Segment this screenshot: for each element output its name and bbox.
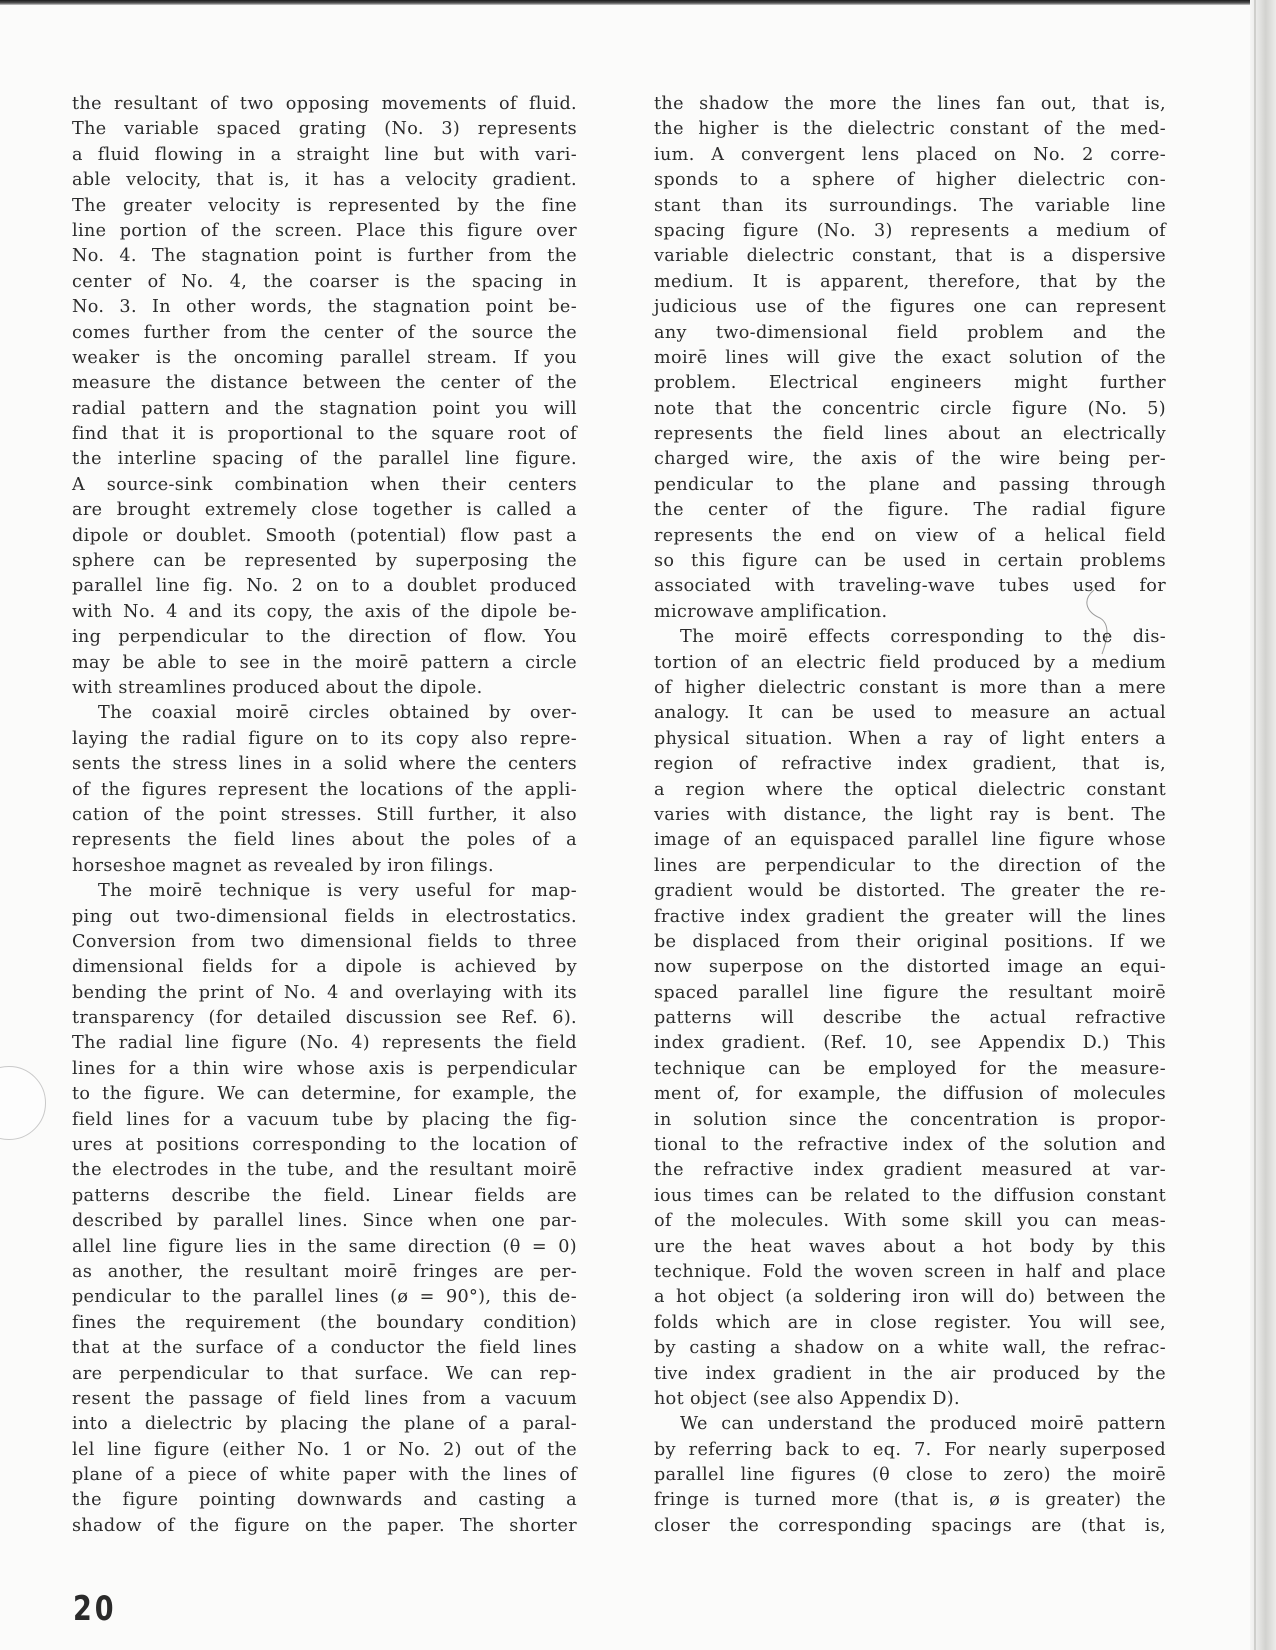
text-line: represents the field lines about the pol… xyxy=(72,828,577,853)
text-line: Conversion from two dimensional fields t… xyxy=(72,930,577,955)
text-line: patterns will describe the actual refrac… xyxy=(654,1006,1166,1031)
text-line: patterns describe the field. Linear fiel… xyxy=(72,1184,577,1209)
text-line: ium. A convergent lens placed on No. 2 c… xyxy=(654,143,1166,168)
text-line: cation of the point stresses. Still furt… xyxy=(72,803,577,828)
text-line: tional to the refractive index of the so… xyxy=(654,1133,1166,1158)
text-line: tortion of an electric field produced by… xyxy=(654,651,1166,676)
text-line: technique can be employed for the measur… xyxy=(654,1057,1166,1082)
text-line: ure the heat waves about a hot body by t… xyxy=(654,1235,1166,1260)
text-line: The greater velocity is represented by t… xyxy=(72,194,577,219)
text-line: pendicular to the parallel lines (ø = 90… xyxy=(72,1285,577,1310)
text-line: tive index gradient in the air produced … xyxy=(654,1362,1166,1387)
text-line: the higher is the dielectric constant of… xyxy=(654,117,1166,142)
text-line: a fluid flowing in a straight line but w… xyxy=(72,143,577,168)
text-line: be displaced from their original positio… xyxy=(654,930,1166,955)
text-line: fines the requirement (the boundary cond… xyxy=(72,1311,577,1336)
text-line: fringe is turned more (that is, ø is gre… xyxy=(654,1488,1166,1513)
text-line: horseshoe magnet as revealed by iron fil… xyxy=(72,854,577,879)
text-line: shadow of the figure on the paper. The s… xyxy=(72,1514,577,1539)
text-line: of higher dielectric constant is more th… xyxy=(654,676,1166,701)
text-line: of the figures represent the locations o… xyxy=(72,778,577,803)
text-line: so this figure can be used in certain pr… xyxy=(654,549,1166,574)
text-line: plane of a piece of white paper with the… xyxy=(72,1463,577,1488)
scan-top-edge xyxy=(0,0,1276,5)
text-line: The moirē technique is very useful for m… xyxy=(72,879,577,904)
text-line: ious times can be related to the diffusi… xyxy=(654,1184,1166,1209)
punch-hole xyxy=(0,1066,46,1140)
left-text-column: the resultant of two opposing movements … xyxy=(72,92,577,1539)
text-line: with No. 4 and its copy, the axis of the… xyxy=(72,600,577,625)
text-line: The moirē effects corresponding to the d… xyxy=(654,625,1166,650)
text-line: the electrodes in the tube, and the resu… xyxy=(72,1158,577,1183)
text-line: index gradient. (Ref. 10, see Appendix D… xyxy=(654,1031,1166,1056)
text-line: now superpose on the distorted image an … xyxy=(654,955,1166,980)
text-line: in solution since the concentration is p… xyxy=(654,1108,1166,1133)
text-line: We can understand the produced moirē pat… xyxy=(654,1412,1166,1437)
text-line: sphere can be represented by superposing… xyxy=(72,549,577,574)
text-line: stant than its surroundings. The variabl… xyxy=(654,194,1166,219)
text-line: a hot object (a soldering iron will do) … xyxy=(654,1285,1166,1310)
page-number: 20 xyxy=(73,1590,117,1629)
text-line: problem. Electrical engineers might furt… xyxy=(654,371,1166,396)
text-line: medium. It is apparent, therefore, that … xyxy=(654,270,1166,295)
text-line: may be able to see in the moirē pattern … xyxy=(72,651,577,676)
text-line: fractive index gradient the greater will… xyxy=(654,905,1166,930)
text-line: dipole or doublet. Smooth (potential) fl… xyxy=(72,524,577,549)
text-line: dimensional fields for a dipole is achie… xyxy=(72,955,577,980)
text-line: No. 3. In other words, the stagnation po… xyxy=(72,295,577,320)
text-line: lines for a thin wire whose axis is perp… xyxy=(72,1057,577,1082)
text-line: ing perpendicular to the direction of fl… xyxy=(72,625,577,650)
text-line: bending the print of No. 4 and overlayin… xyxy=(72,981,577,1006)
text-line: spacing figure (No. 3) represents a medi… xyxy=(654,219,1166,244)
text-line: ping out two-dimensional fields in elect… xyxy=(72,905,577,930)
text-line: the interline spacing of the parallel li… xyxy=(72,447,577,472)
text-line: closer the corresponding spacings are (t… xyxy=(654,1514,1166,1539)
text-line: of the molecules. With some skill you ca… xyxy=(654,1209,1166,1234)
text-line: A source-sink combination when their cen… xyxy=(72,473,577,498)
text-line: are perpendicular to that surface. We ca… xyxy=(72,1362,577,1387)
text-line: lines are perpendicular to the direction… xyxy=(654,854,1166,879)
text-line: analogy. It can be used to measure an ac… xyxy=(654,701,1166,726)
text-line: described by parallel lines. Since when … xyxy=(72,1209,577,1234)
text-line: sents the stress lines in a solid where … xyxy=(72,752,577,777)
text-line: ment of, for example, the diffusion of m… xyxy=(654,1082,1166,1107)
text-line: weaker is the oncoming parallel stream. … xyxy=(72,346,577,371)
text-line: image of an equispaced parallel line fig… xyxy=(654,828,1166,853)
text-line: variable dielectric constant, that is a … xyxy=(654,244,1166,269)
text-line: a region where the optical dielectric co… xyxy=(654,778,1166,803)
text-line: center of No. 4, the coarser is the spac… xyxy=(72,270,577,295)
text-line: laying the radial figure on to its copy … xyxy=(72,727,577,752)
text-line: are brought extremely close together is … xyxy=(72,498,577,523)
text-line: The radial line figure (No. 4) represent… xyxy=(72,1031,577,1056)
text-line: gradient would be distorted. The greater… xyxy=(654,879,1166,904)
text-line: find that it is proportional to the squa… xyxy=(72,422,577,447)
page-fold-line xyxy=(1254,0,1256,1650)
text-line: the resultant of two opposing movements … xyxy=(72,92,577,117)
text-line: radial pattern and the stagnation point … xyxy=(72,397,577,422)
text-line: represents the end on view of a helical … xyxy=(654,524,1166,549)
text-line: The coaxial moirē circles obtained by ov… xyxy=(72,701,577,726)
text-line: allel line figure lies in the same direc… xyxy=(72,1235,577,1260)
text-line: associated with traveling-wave tubes use… xyxy=(654,574,1166,599)
text-line: comes further from the center of the sou… xyxy=(72,321,577,346)
text-line: the center of the figure. The radial fig… xyxy=(654,498,1166,523)
text-line: judicious use of the figures one can rep… xyxy=(654,295,1166,320)
text-line: spaced parallel line figure the resultan… xyxy=(654,981,1166,1006)
text-line: to the figure. We can determine, for exa… xyxy=(72,1082,577,1107)
text-line: moirē lines will give the exact solution… xyxy=(654,346,1166,371)
text-line: the shadow the more the lines fan out, t… xyxy=(654,92,1166,117)
text-line: charged wire, the axis of the wire being… xyxy=(654,447,1166,472)
text-line: field lines for a vacuum tube by placing… xyxy=(72,1108,577,1133)
text-line: any two-dimensional field problem and th… xyxy=(654,321,1166,346)
text-line: microwave amplification. xyxy=(654,600,1166,625)
text-line: parallel line figures (θ close to zero) … xyxy=(654,1463,1166,1488)
text-line: into a dielectric by placing the plane o… xyxy=(72,1412,577,1437)
text-line: varies with distance, the light ray is b… xyxy=(654,803,1166,828)
text-line: measure the distance between the center … xyxy=(72,371,577,396)
text-line: note that the concentric circle figure (… xyxy=(654,397,1166,422)
text-line: with streamlines produced about the dipo… xyxy=(72,676,577,701)
text-line: that at the surface of a conductor the f… xyxy=(72,1336,577,1361)
text-line: able velocity, that is, it has a velocit… xyxy=(72,168,577,193)
text-line: line portion of the screen. Place this f… xyxy=(72,219,577,244)
text-line: physical situation. When a ray of light … xyxy=(654,727,1166,752)
right-text-column: the shadow the more the lines fan out, t… xyxy=(654,92,1166,1539)
text-line: resent the passage of field lines from a… xyxy=(72,1387,577,1412)
text-line: as another, the resultant moirē fringes … xyxy=(72,1260,577,1285)
text-line: The variable spaced grating (No. 3) repr… xyxy=(72,117,577,142)
text-line: sponds to a sphere of higher dielectric … xyxy=(654,168,1166,193)
text-line: the refractive index gradient measured a… xyxy=(654,1158,1166,1183)
text-line: by referring back to eq. 7. For nearly s… xyxy=(654,1438,1166,1463)
text-line: represents the field lines about an elec… xyxy=(654,422,1166,447)
text-line: region of refractive index gradient, tha… xyxy=(654,752,1166,777)
text-line: the figure pointing downwards and castin… xyxy=(72,1488,577,1513)
text-line: technique. Fold the woven screen in half… xyxy=(654,1260,1166,1285)
text-line: No. 4. The stagnation point is further f… xyxy=(72,244,577,269)
text-line: ures at positions corresponding to the l… xyxy=(72,1133,577,1158)
text-line: hot object (see also Appendix D). xyxy=(654,1387,1166,1412)
text-line: lel line figure (either No. 1 or No. 2) … xyxy=(72,1438,577,1463)
text-line: by casting a shadow on a white wall, the… xyxy=(654,1336,1166,1361)
text-line: transparency (for detailed discussion se… xyxy=(72,1006,577,1031)
text-line: parallel line fig. No. 2 on to a doublet… xyxy=(72,574,577,599)
text-line: folds which are in close register. You w… xyxy=(654,1311,1166,1336)
text-line: pendicular to the plane and passing thro… xyxy=(654,473,1166,498)
